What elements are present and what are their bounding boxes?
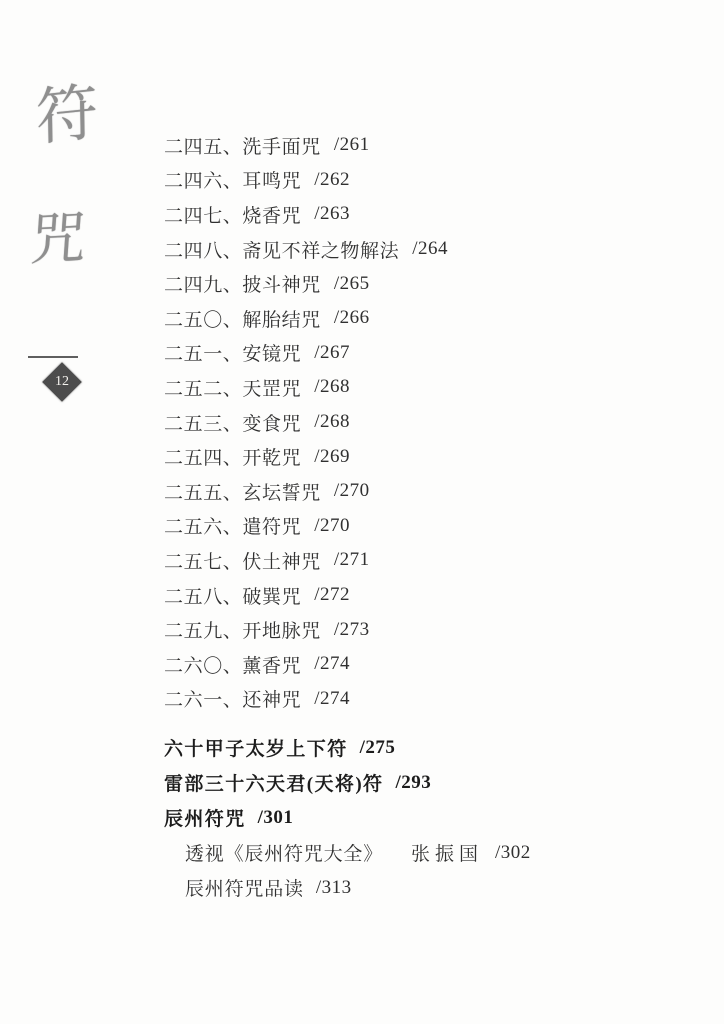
toc-section-page: /313 — [316, 877, 352, 899]
toc-entry-title: 二五四、开乾咒 — [164, 443, 301, 470]
toc-entry-page: /270 — [314, 515, 350, 537]
toc-entry-page: /263 — [314, 203, 350, 225]
toc-entry-page: /269 — [314, 446, 350, 468]
toc-entry-list: 二四五、洗手面咒/261二四六、耳鸣咒/262二四七、烧香咒/263二四八、斋见… — [164, 128, 448, 716]
margin-calligraphy-char-zhou: 咒 — [28, 210, 88, 269]
toc-entry-title: 二五五、玄坛誓咒 — [164, 478, 321, 505]
toc-section-title: 辰州符咒品读 — [185, 874, 304, 901]
toc-section-author: 张振国 — [411, 839, 483, 866]
toc-entry-page: /274 — [314, 688, 350, 710]
toc-entry-title: 二四八、斋见不祥之物解法 — [164, 236, 399, 263]
toc-entry-page: /261 — [334, 134, 370, 156]
toc-entry-page: /262 — [314, 169, 350, 191]
toc-entry: 二五七、伏土神咒/271 — [164, 543, 448, 578]
toc-section-entry: 透视《辰州符咒大全》张振国/302 — [164, 835, 531, 870]
margin-calligraphy-char-fu: 符 — [36, 81, 99, 150]
toc-section-page: /301 — [258, 807, 294, 829]
toc-section-entry: 辰州符咒品读/313 — [164, 870, 531, 905]
toc-entry-page: /270 — [334, 480, 370, 502]
toc-entry-title: 二四五、洗手面咒 — [164, 132, 321, 159]
toc-entry: 二五五、玄坛誓咒/270 — [164, 474, 448, 509]
toc-entry-title: 二五三、变食咒 — [164, 409, 301, 436]
toc-entry-page: /274 — [314, 653, 350, 675]
toc-entry-page: /265 — [334, 273, 370, 295]
toc-entry-title: 二四九、披斗神咒 — [164, 270, 321, 297]
toc-entry-title: 二四六、耳鸣咒 — [164, 166, 301, 193]
toc-entry-page: /272 — [314, 584, 350, 606]
toc-entry: 二六〇、薰香咒/274 — [164, 647, 448, 682]
toc-entry: 二五四、开乾咒/269 — [164, 439, 448, 474]
toc-entry: 二五八、破巽咒/272 — [164, 578, 448, 613]
toc-entry-page: /273 — [334, 619, 370, 641]
toc-entry: 二四五、洗手面咒/261 — [164, 128, 448, 163]
toc-entry-page: /267 — [314, 342, 350, 364]
toc-entry-page: /266 — [334, 307, 370, 329]
toc-section-page: /275 — [360, 737, 396, 759]
toc-entry-title: 二五八、破巽咒 — [164, 582, 301, 609]
toc-entry: 二五一、安镜咒/267 — [164, 336, 448, 371]
toc-section-title: 辰州符咒 — [164, 804, 246, 831]
toc-entry: 二四八、斋见不祥之物解法/264 — [164, 232, 448, 267]
toc-entry-page: /268 — [314, 376, 350, 398]
toc-entry-page: /271 — [334, 549, 370, 571]
toc-section-entry: 六十甲子太岁上下符/275 — [164, 730, 531, 765]
toc-entry: 二五九、开地脉咒/273 — [164, 612, 448, 647]
page-number: 12 — [48, 368, 76, 396]
toc-entry-page: /264 — [412, 238, 448, 260]
toc-entry: 二六一、还神咒/274 — [164, 682, 448, 717]
toc-section-entry: 雷部三十六天君(天将)符/293 — [164, 765, 531, 800]
page-marker-line — [28, 356, 78, 358]
toc-entry: 二五二、天罡咒/268 — [164, 370, 448, 405]
toc-entry: 二五三、变食咒/268 — [164, 405, 448, 440]
toc-entry-title: 二五九、开地脉咒 — [164, 616, 321, 643]
toc-entry-title: 二五六、遣符咒 — [164, 512, 301, 539]
toc-entry-title: 二六〇、薰香咒 — [164, 651, 301, 678]
toc-entry: 二五〇、解胎结咒/266 — [164, 301, 448, 336]
toc-section-title: 六十甲子太岁上下符 — [164, 734, 348, 761]
book-page: 符 咒 12 二四五、洗手面咒/261二四六、耳鸣咒/262二四七、烧香咒/26… — [0, 0, 724, 1024]
toc-section-title: 雷部三十六天君(天将)符 — [164, 769, 383, 796]
toc-section-list: 六十甲子太岁上下符/275雷部三十六天君(天将)符/293辰州符咒/301透视《… — [164, 730, 531, 905]
toc-entry-title: 二四七、烧香咒 — [164, 201, 301, 228]
toc-section-entry: 辰州符咒/301 — [164, 800, 531, 835]
toc-entry: 二四七、烧香咒/263 — [164, 197, 448, 232]
toc-entry: 二五六、遣符咒/270 — [164, 509, 448, 544]
toc-section-page: /293 — [395, 772, 431, 794]
toc-section-page: /302 — [495, 842, 531, 864]
toc-entry-page: /268 — [314, 411, 350, 433]
toc-entry-title: 二五七、伏土神咒 — [164, 547, 321, 574]
toc-entry: 二四六、耳鸣咒/262 — [164, 163, 448, 198]
toc-section-title: 透视《辰州符咒大全》 — [185, 839, 383, 866]
toc-entry-title: 二五二、天罡咒 — [164, 374, 301, 401]
toc-entry: 二四九、披斗神咒/265 — [164, 266, 448, 301]
toc-entry-title: 二五〇、解胎结咒 — [164, 305, 321, 332]
toc-entry-title: 二六一、还神咒 — [164, 685, 301, 712]
toc-entry-title: 二五一、安镜咒 — [164, 339, 301, 366]
